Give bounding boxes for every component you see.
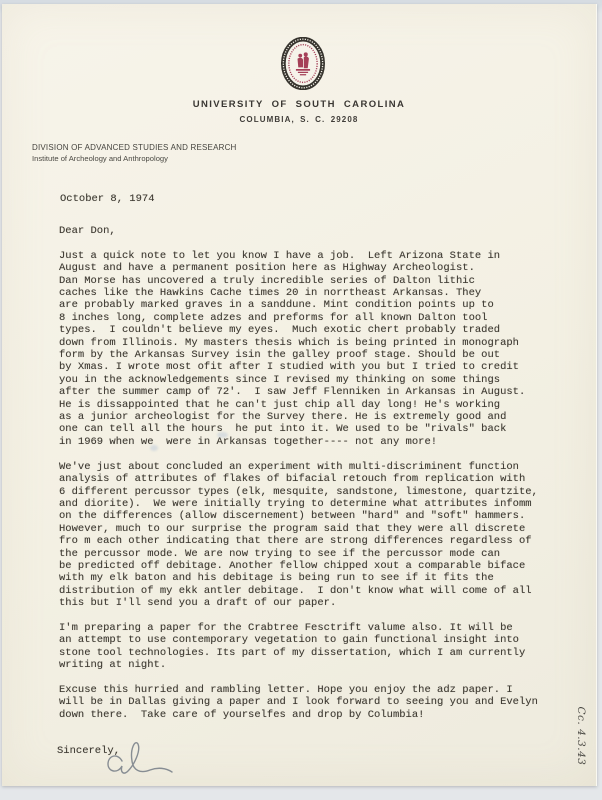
institute-name: Institute of Archeology and Anthropology (32, 154, 168, 163)
division-name: DIVISION OF ADVANCED STUDIES AND RESEARC… (32, 143, 237, 152)
university-name: UNIVERSITY OF SOUTH CAROLINA (2, 99, 596, 110)
letter-paragraph: Excuse this hurried and rambling letter.… (59, 684, 538, 721)
university-address: COLUMBIA, S. C. 29208 (2, 115, 596, 124)
salutation: Dear Don, (59, 225, 538, 237)
letter-paragraph: I'm preparing a paper for the Crabtree F… (59, 622, 538, 672)
letter-paragraph: Just a quick note to let you know I have… (59, 250, 538, 449)
letter-page: UNIVERSITY OF SOUTH CAROLINA COLUMBIA, S… (2, 4, 597, 786)
ink-smudge (217, 432, 228, 438)
catalog-number: Cc. 4.3.43 (571, 693, 587, 779)
letter-date: October 8, 1974 (60, 193, 155, 205)
ink-smudge (150, 445, 158, 451)
letter-paragraph: We've just about concluded an experiment… (59, 461, 538, 610)
university-seal-icon (281, 37, 325, 90)
letter-body: Dear Don, Just a quick note to let you k… (59, 225, 538, 734)
signature-handwriting (104, 735, 178, 787)
